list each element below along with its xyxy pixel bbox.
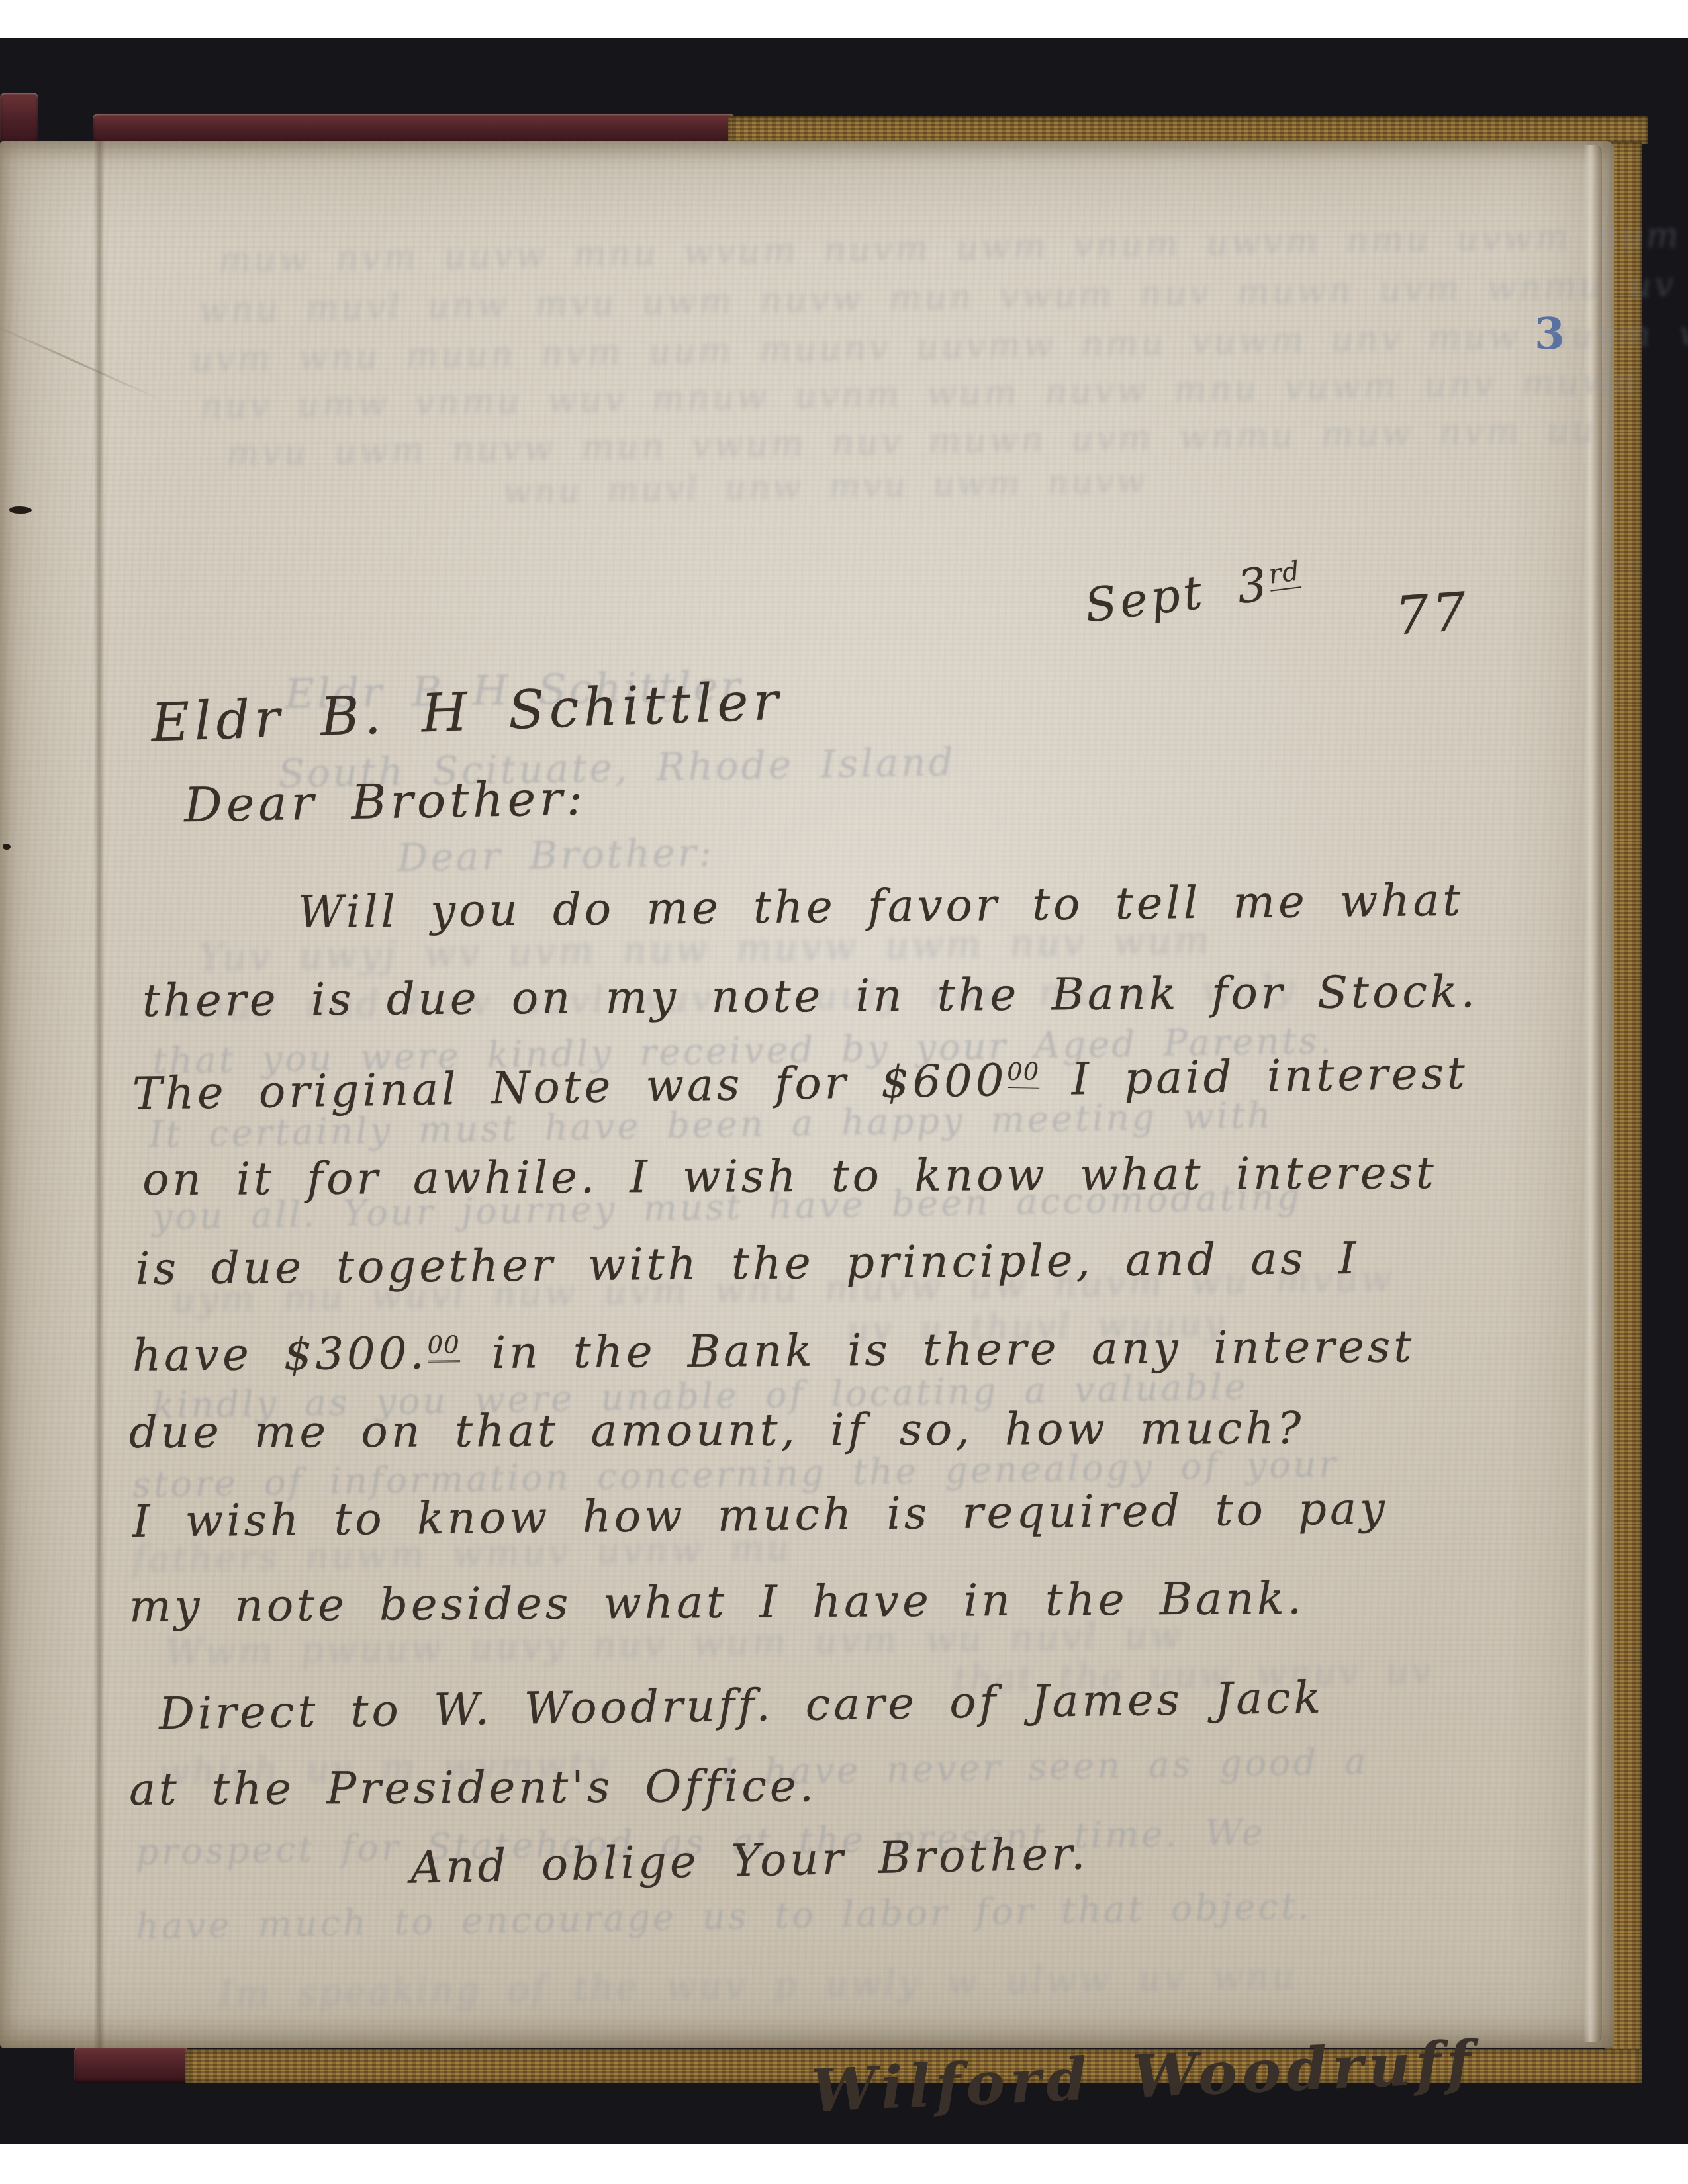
date-text: Sept 3 [1082, 557, 1273, 633]
ghost-illegible-line: wnu muvl unw mvu uwm nuvw [503, 462, 1148, 512]
letter-line: my note besides what I have in the Bank. [129, 1572, 1305, 1632]
letter-line: Will you do me the favor to tell me what [298, 874, 1464, 938]
ink-speck [3, 844, 11, 850]
ghost-text-line: Dear Brother: [397, 830, 714, 880]
book-cover-top-leather [93, 114, 735, 144]
ghost-illegible-line: Im speaking of the wuv p uwly w ulww uv … [218, 1955, 1297, 2015]
letter-line: on it for awhile. I wish to know what in… [142, 1147, 1437, 1205]
letter-line: there is due on my note in the Bank for … [142, 966, 1478, 1026]
letter-line: is due together with the principle, and … [136, 1232, 1360, 1295]
gutter-shadow [94, 141, 105, 2048]
manuscript-page: 3 muw nvm uuvw mnu wvum nuvm uwm vnum uw… [0, 141, 1614, 2048]
book-cover-top-cloth [728, 116, 1648, 144]
salutation-line: Dear Brother: [183, 770, 586, 833]
letter-line: Direct to W. Woodruff. care of James Jac… [159, 1672, 1325, 1740]
ghost-text-line: have much to encourage us to labor for t… [136, 1886, 1312, 1948]
scanned-letter-page: 3 muw nvm uuvw mnu wvum nuvm uwm vnum uw… [0, 0, 1688, 2184]
date-ordinal: rd [1267, 555, 1302, 591]
book-cover-bottom-leather [74, 2046, 188, 2083]
date-year: 77 [1393, 580, 1472, 647]
ghost-text-line: I have never seen as good a [722, 1740, 1369, 1793]
letter-line: have $300.00 in the Bank is there any in… [132, 1320, 1415, 1381]
letter-line: at the President's Office. [129, 1760, 817, 1815]
paper-crease [0, 319, 164, 402]
ink-speck [9, 506, 32, 514]
letter-line: due me on that amount, if so, how much? [129, 1402, 1305, 1458]
book-cover-corner [0, 93, 38, 144]
letter-date: Sept 3rd [1082, 553, 1304, 633]
recipient-line: Eldr B. H Schittler [150, 670, 784, 753]
